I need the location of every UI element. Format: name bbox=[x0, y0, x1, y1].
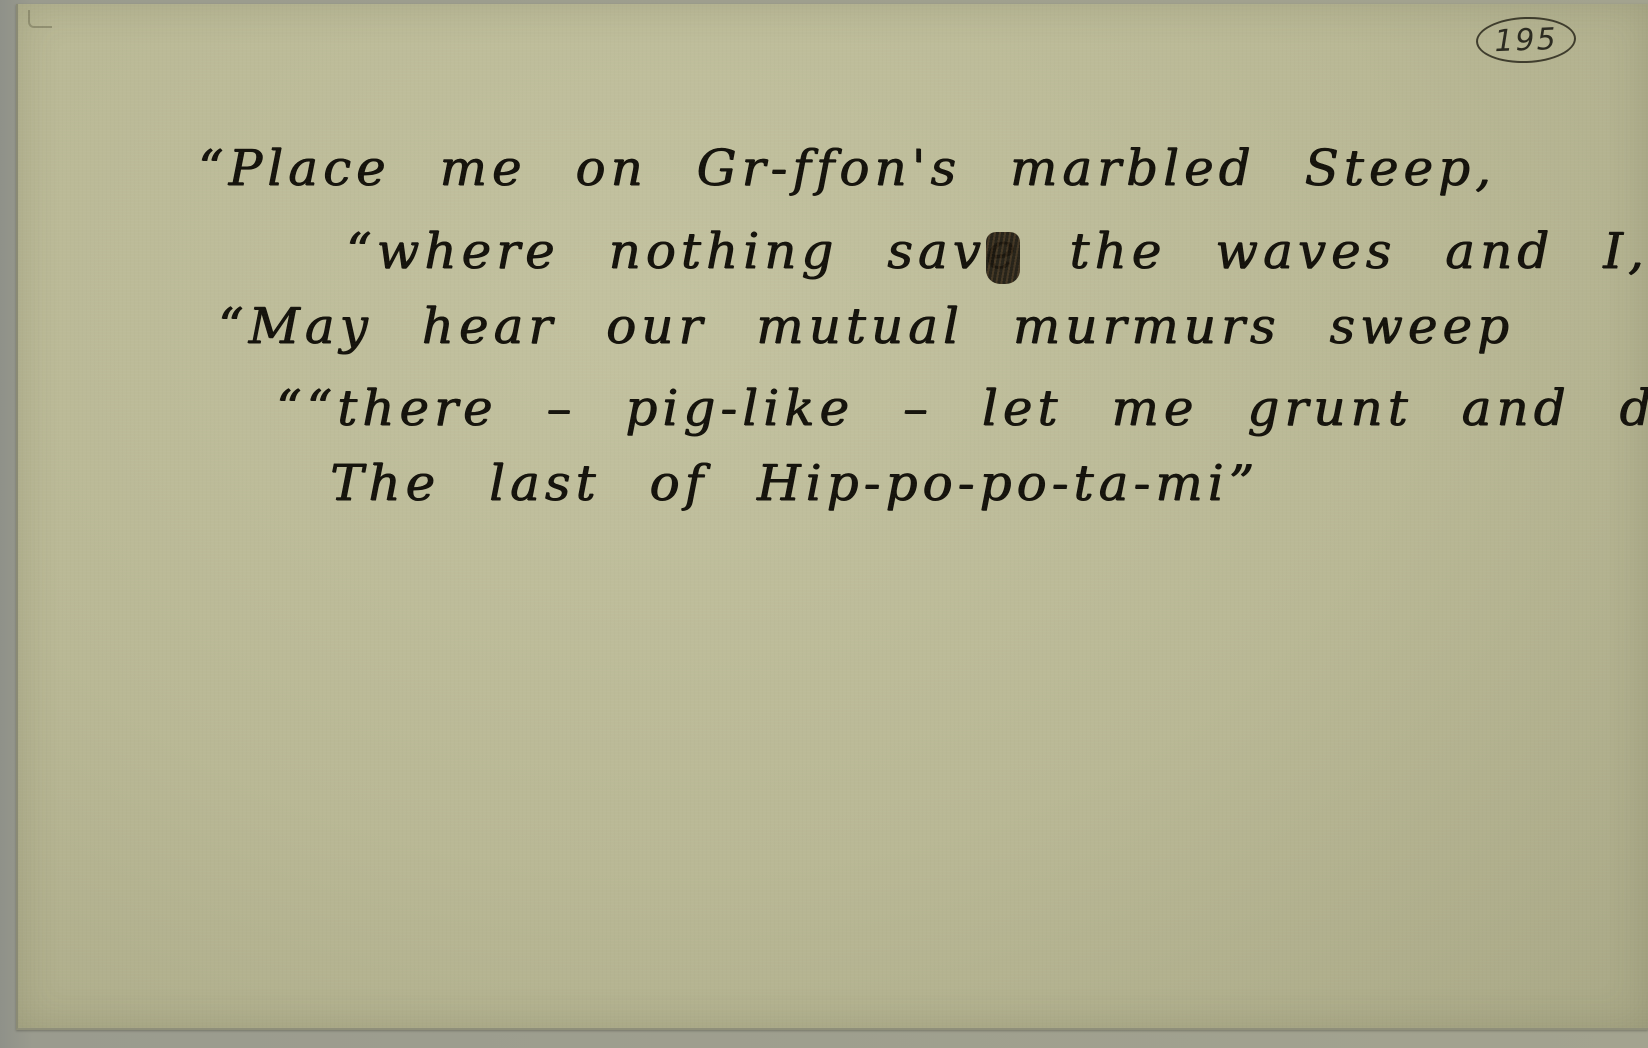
manuscript-card: 195 “Place me on Gr-ffon's marbled Steep… bbox=[16, 4, 1648, 1030]
verse-line-5: The last of Hip-po-po-ta-mi” bbox=[330, 454, 1259, 512]
handwritten-verse: “Place me on Gr-ffon's marbled Steep, “w… bbox=[18, 4, 1648, 1028]
verse-line-3: “May hear our mutual murmurs sweep bbox=[218, 297, 1514, 355]
verse-line-4: ““there – pig-like – let me grunt and di… bbox=[276, 379, 1648, 437]
verse-line-1: “Place me on Gr-ffon's marbled Steep, bbox=[198, 139, 1496, 197]
ink-blot-strikeout bbox=[986, 232, 1020, 284]
